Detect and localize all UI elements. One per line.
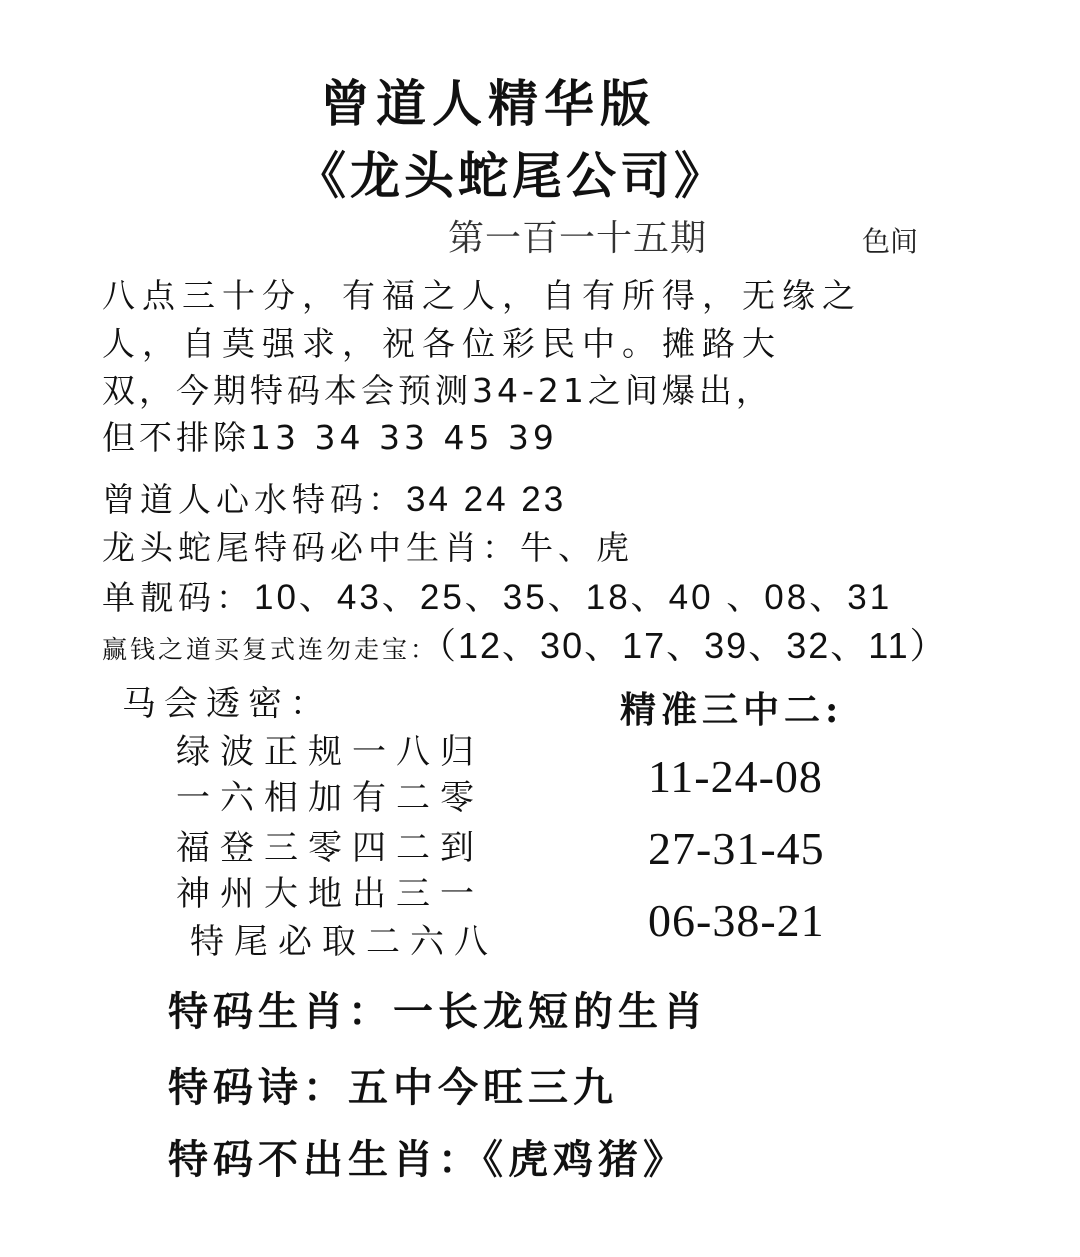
page-title: 曾道人精华版	[320, 64, 656, 136]
issue-note: 色间	[862, 220, 918, 260]
win-way-value: （12、30、17、39、32、11）	[438, 625, 948, 666]
single-code-row: 单靓码：10、43、25、35、18、40 、08、31	[102, 570, 892, 620]
footer-not-zodiac-label: 特码不出生肖：	[168, 1136, 483, 1183]
win-way-label: 赢钱之道买复式连勿走宝：	[102, 635, 438, 664]
pick-2: 27-31-45	[648, 822, 825, 875]
footer-not-zodiac-value: 《虎鸡猪》	[483, 1136, 688, 1183]
leak-title: 马会透密：	[122, 676, 332, 725]
intro-line-1: 八点三十分，有福之人，自有所得，无缘之	[102, 270, 862, 317]
intro-line-4: 但不排除13 34 33 45 39	[102, 412, 558, 459]
zodiac-must-value: 牛、虎	[520, 528, 634, 567]
win-way-row: 赢钱之道买复式连勿走宝：（12、30、17、39、32、11）	[102, 618, 948, 669]
picks-title: 精准三中二:	[620, 682, 843, 733]
zodiac-must-row: 龙头蛇尾特码必中生肖：牛、虎	[102, 522, 634, 569]
footer-zodiac-label: 特码生肖：	[168, 988, 393, 1035]
poem-line-2: 一六相加有二零	[176, 770, 484, 819]
footer-zodiac-value: 一长龙短的生肖	[393, 988, 708, 1035]
footer-poem-row: 特码诗：五中今旺三九	[168, 1056, 618, 1113]
single-code-value: 10、43、25、35、18、40 、08、31	[254, 578, 892, 617]
footer-poem-value: 五中今旺三九	[348, 1064, 618, 1111]
issue-number: 第一百一十五期	[448, 210, 707, 261]
intro-line-2: 人，自莫强求，祝各位彩民中。摊路大	[102, 318, 782, 365]
poem-line-1: 绿波正规一八归	[176, 724, 484, 773]
pick-3: 06-38-21	[648, 894, 825, 947]
pick-1: 11-24-08	[648, 750, 823, 803]
heart-code-label: 曾道人心水特码：	[102, 480, 406, 519]
company-title: 《龙头蛇尾公司》	[296, 136, 728, 208]
heart-code-row: 曾道人心水特码：34 24 23	[102, 474, 566, 521]
poem-line-3: 福登三零四二到	[176, 820, 484, 869]
poem-line-5: 特尾必取二六八	[190, 914, 498, 963]
heart-code-value: 34 24 23	[406, 480, 566, 519]
poem-line-4: 神州大地出三一	[176, 866, 484, 915]
footer-zodiac-row: 特码生肖：一长龙短的生肖	[168, 980, 708, 1037]
footer-not-zodiac-row: 特码不出生肖：《虎鸡猪》	[168, 1128, 688, 1185]
single-code-label: 单靓码：	[102, 578, 254, 617]
intro-line-3: 双，今期特码本会预测34-21之间爆出，	[102, 365, 773, 412]
zodiac-must-label: 龙头蛇尾特码必中生肖：	[102, 528, 520, 567]
footer-poem-label: 特码诗：	[168, 1064, 348, 1111]
